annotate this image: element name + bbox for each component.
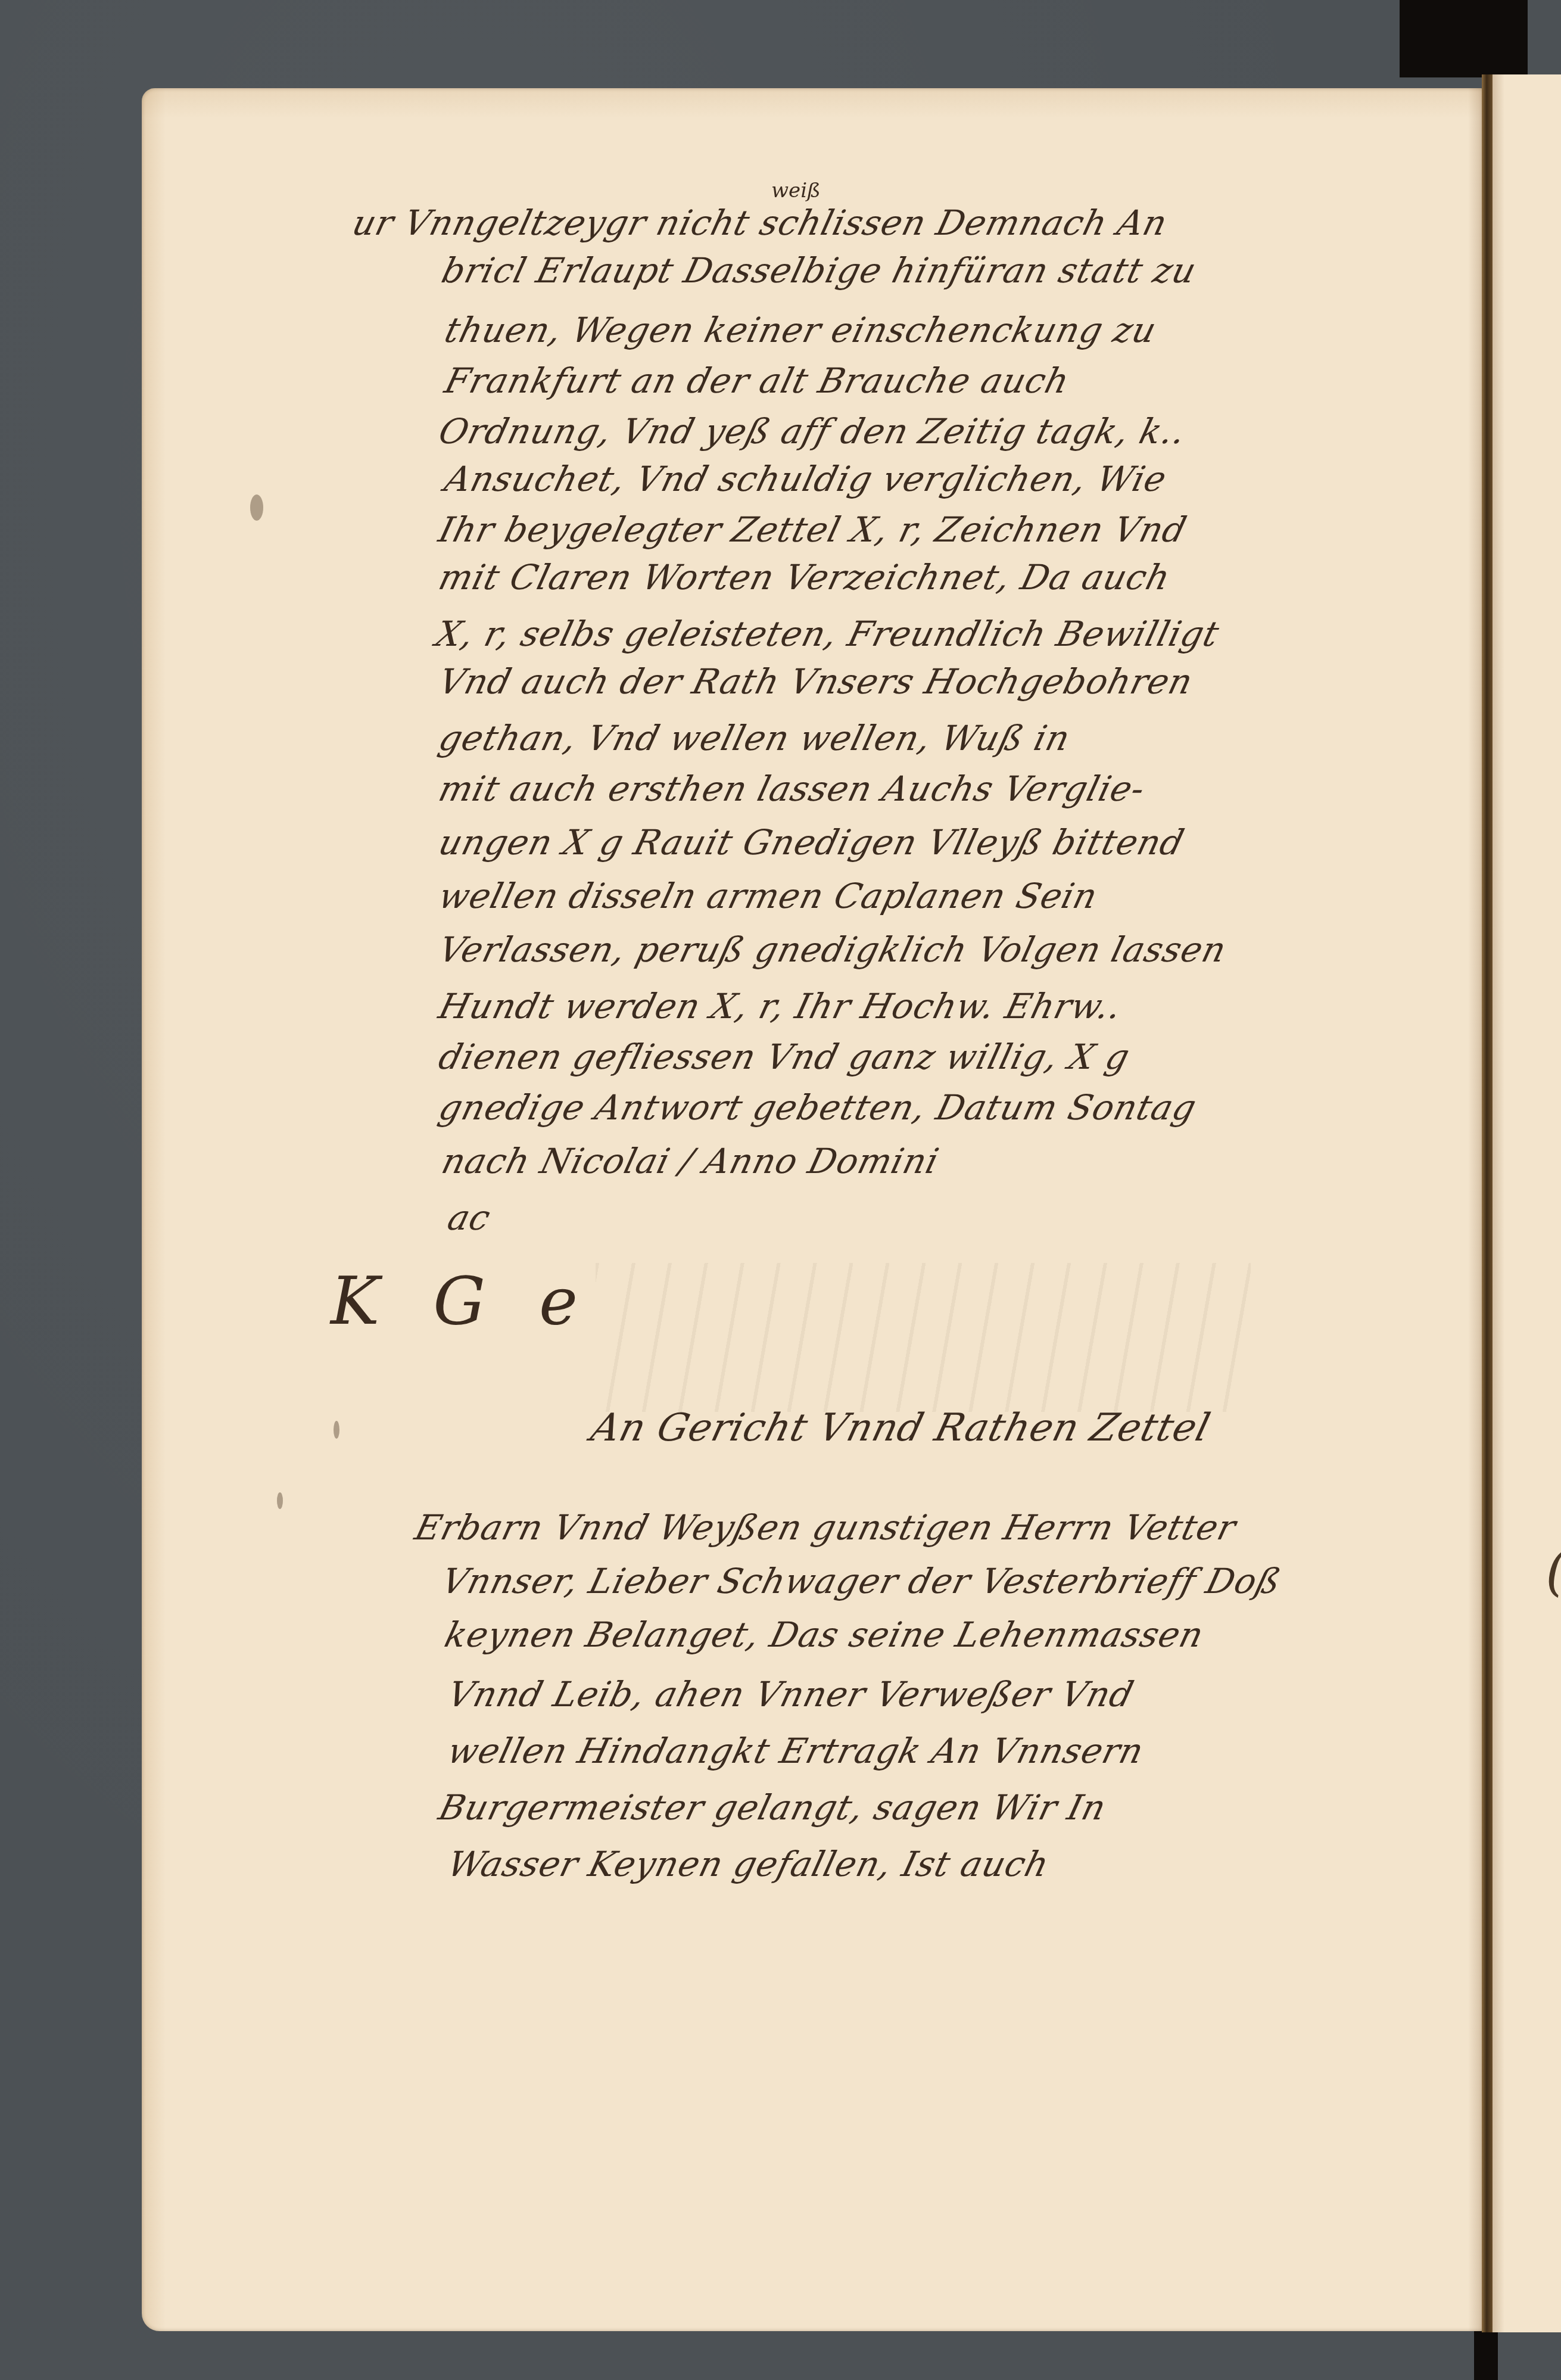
text-line: Hundt werden X, r, Ihr Hochw. Ehrw.. [435, 986, 1126, 1026]
text-line: thuen, Wegen keiner einschenckung zu [441, 310, 1161, 350]
text-line: bricl Erlaupt Dasselbige hinfüran statt … [438, 250, 1201, 291]
text-line: ac [444, 1197, 495, 1238]
text-line: Wasser Keynen gefallen, Ist auch [444, 1844, 1054, 1884]
text-line: Verlassen, peruß gnedigklich Volgen lass… [435, 929, 1230, 970]
text-line: Frankfurt an der alt Brauche auch [441, 360, 1074, 401]
text-line: Vnnd Leib, ahen Vnner Verweßer Vnd [444, 1674, 1138, 1715]
text-line: Burgermeister gelangt, sagen Wir In [435, 1787, 1111, 1828]
closing-letter: G [433, 1263, 539, 1339]
text-line: Ordnung, Vnd yeß aff den Zeitig tagk, k.… [435, 411, 1190, 452]
manuscript-text: weiß ur Vnngeltzeygr nicht schlissen Dem… [0, 0, 1561, 2380]
closing-abbreviation: KGe [331, 1263, 631, 1339]
text-line: wellen Hindangkt Ertragk An Vnnsern [444, 1731, 1148, 1771]
text-line: Vnnser, Lieber Schwager der Vesterbrieff… [438, 1561, 1285, 1601]
text-line: gnedige Antwort gebetten, Datum Sontag [435, 1087, 1201, 1128]
text-line: keynen Belanget, Das seine Lehenmassen [441, 1614, 1208, 1655]
text-line: Vnd auch der Rath Vnsers Hochgebohren [435, 661, 1197, 702]
text-line: wellen disseln armen Caplanen Sein [435, 876, 1102, 916]
text-line: Erbarn Vnnd Weyßen gunstigen Herrn Vette… [411, 1507, 1241, 1548]
text-line: ur Vnngeltzeygr nicht schlissen Demnach … [348, 203, 1171, 243]
text-line: dienen gefliessen Vnd ganz willig, X g [435, 1037, 1134, 1077]
text-line: mit auch ersthen lassen Auchs Verglie- [435, 769, 1149, 809]
text-line: nach Nicolai / Anno Domini [438, 1141, 943, 1181]
closing-letter: K [331, 1263, 433, 1339]
section-heading: An Gericht Vnnd Rathen Zettel [587, 1406, 1215, 1450]
text-line: X, r, selbs geleisteten, Freundlich Bewi… [432, 614, 1223, 654]
text-line: Ihr beygelegter Zettel X, r, Zeichnen Vn… [435, 509, 1191, 550]
text-line: Ansuchet, Vnd schuldig verglichen, Wie [441, 459, 1171, 499]
text-line: gethan, Vnd wellen wellen, Wuß in [435, 718, 1074, 758]
text-line: mit Claren Worten Verzeichnet, Da auch [435, 557, 1174, 598]
interlinear-insertion: weiß [771, 179, 821, 203]
closing-letter: e [539, 1263, 631, 1339]
text-line: ungen X g Rauit Gnedigen Vlleyß bittend [435, 822, 1189, 863]
